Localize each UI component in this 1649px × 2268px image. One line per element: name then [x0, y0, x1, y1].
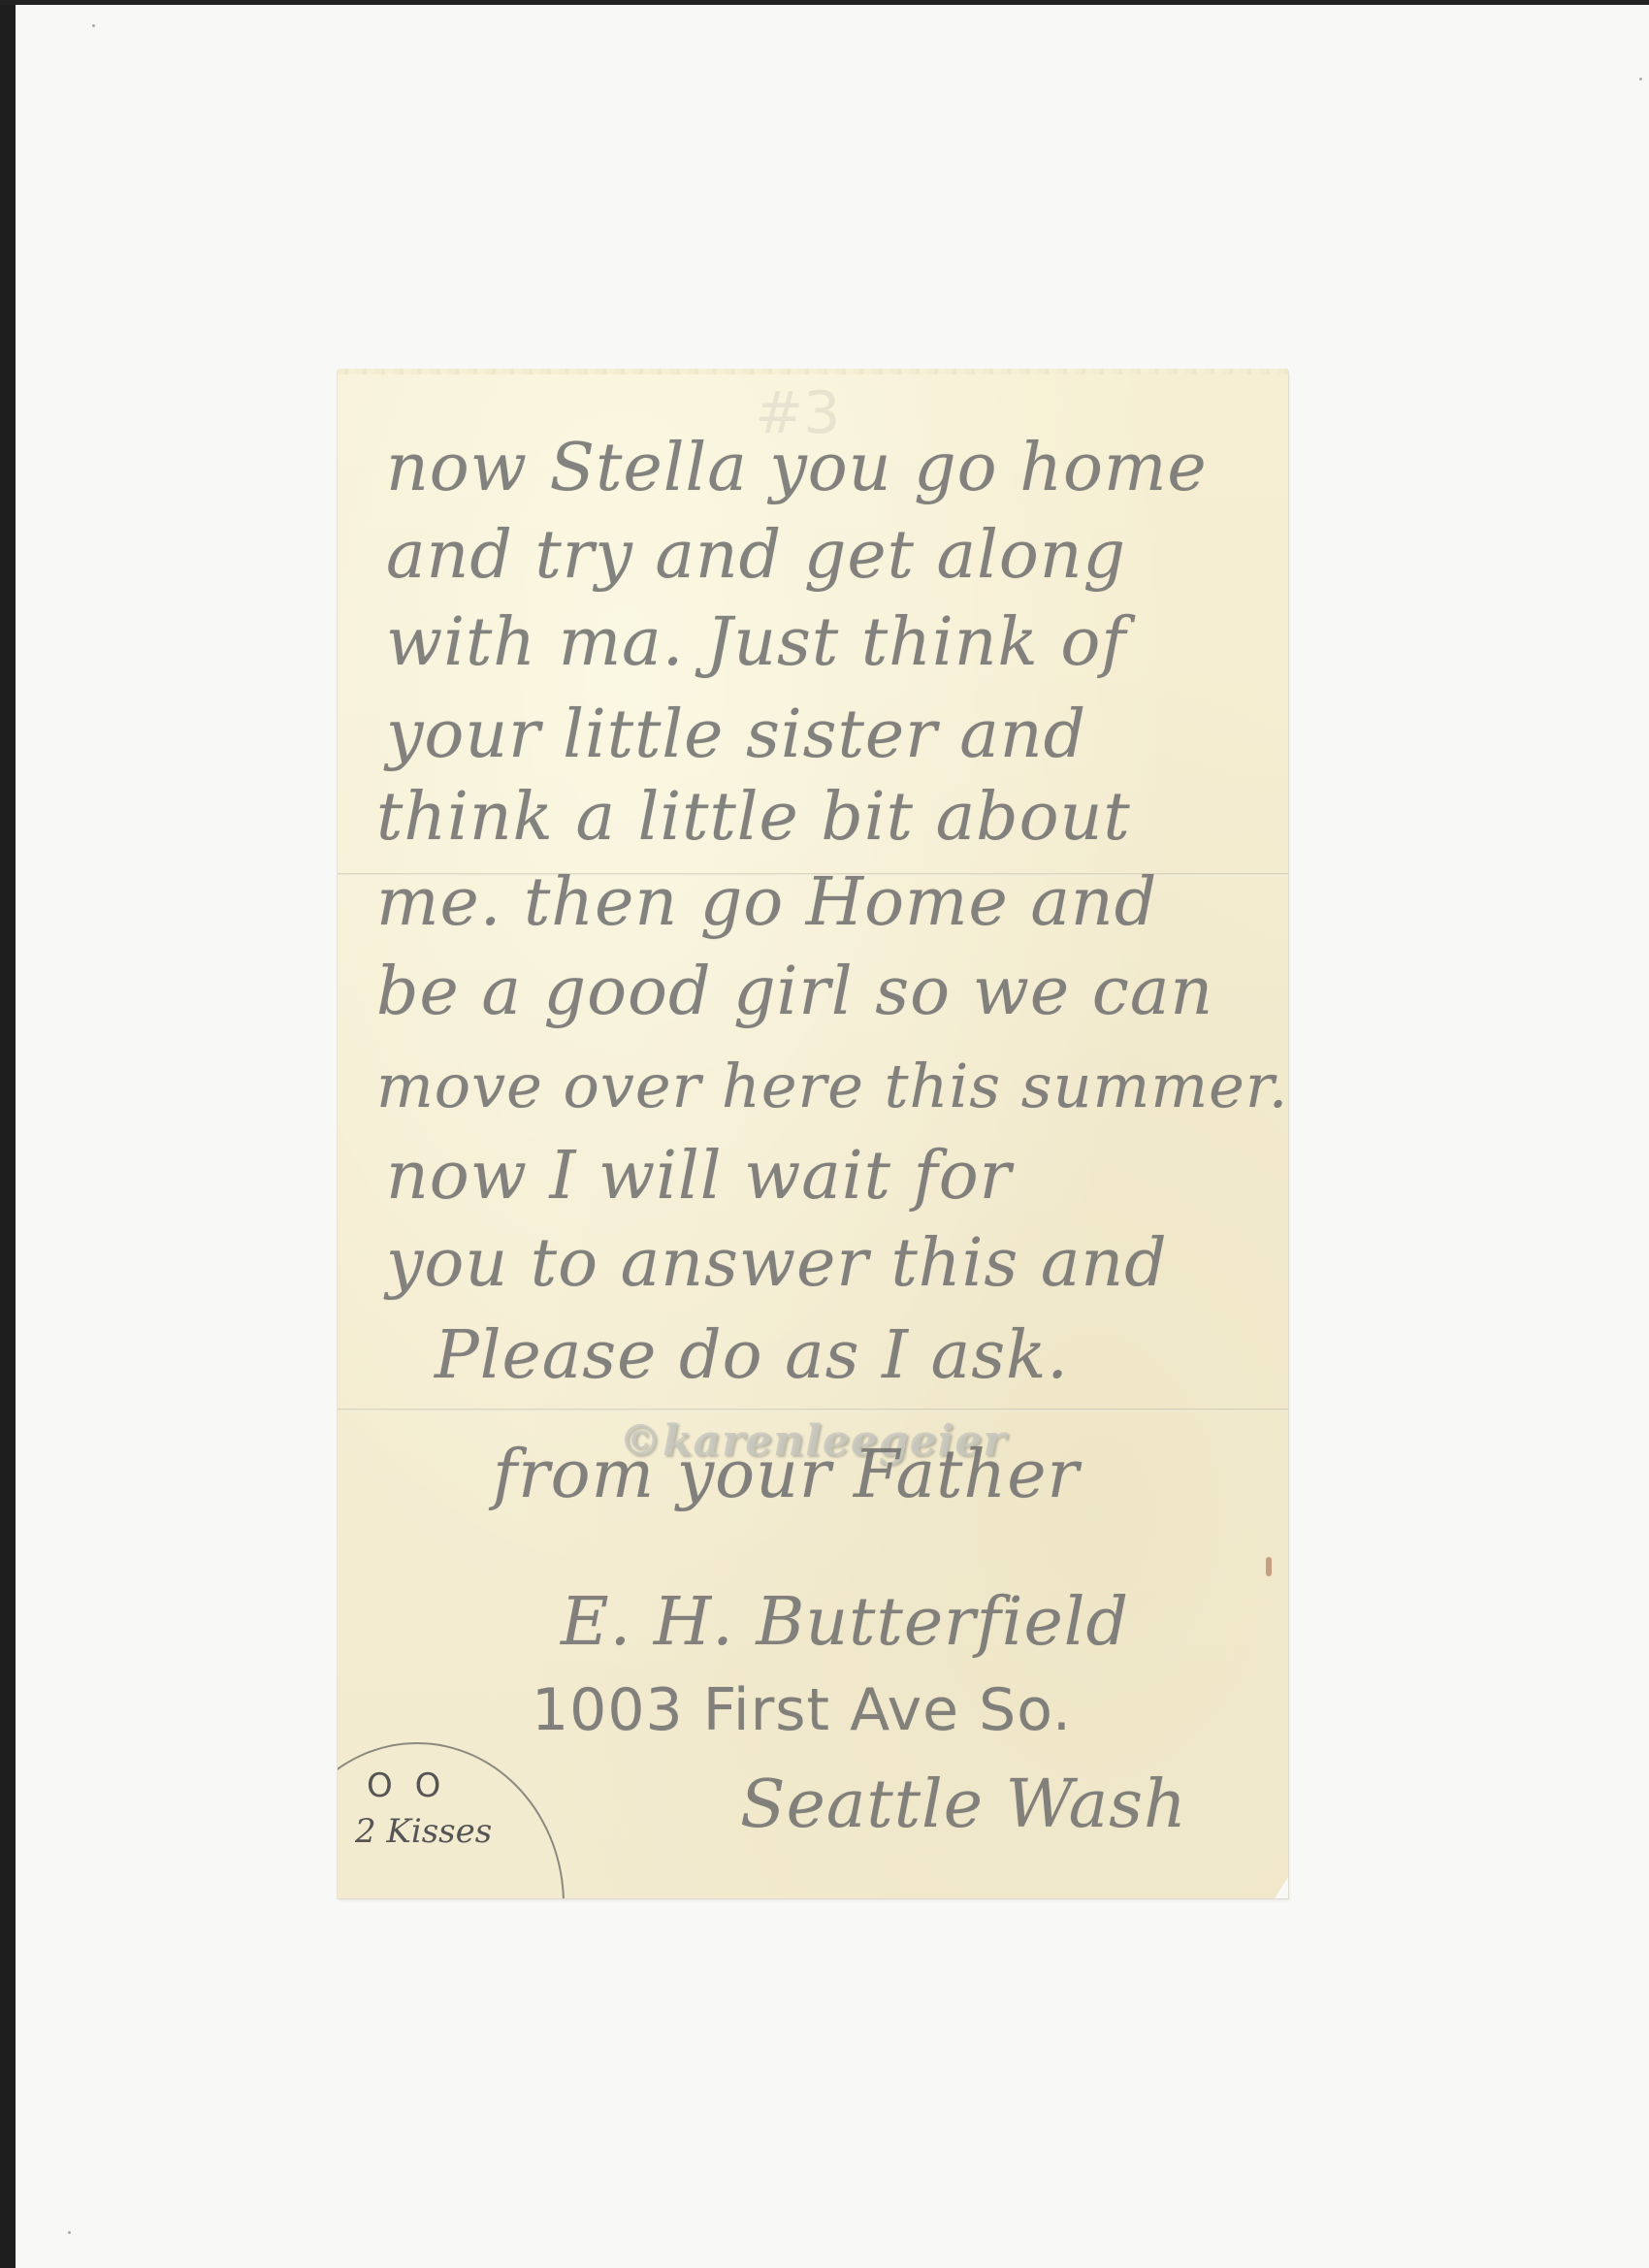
letter-line-3: with ma. Just think of — [386, 604, 1126, 681]
paper-stain — [1266, 1557, 1272, 1576]
letter-line-10: you to answer this and — [386, 1225, 1168, 1302]
letter-line-8: move over here this summer. — [376, 1051, 1288, 1121]
letter-line-2: and try and get along — [386, 517, 1126, 594]
letter-page: #3 now Stella you go home and try and ge… — [338, 372, 1288, 1898]
letter-line-5: think a little bit about — [376, 779, 1131, 856]
letter-line-4: your little sister and — [386, 697, 1086, 773]
kisses-symbols: O O — [367, 1766, 446, 1805]
scanner-edge-left — [0, 0, 16, 2268]
dust-speck — [1639, 78, 1642, 81]
letter-line-9: now I will wait for — [386, 1138, 1012, 1215]
fold-crease-lower — [338, 1409, 1288, 1411]
dust-speck — [68, 2231, 71, 2234]
scanner-edge-top — [0, 0, 1649, 5]
kisses-label: 2 Kisses — [355, 1812, 492, 1851]
paper-corner-tear — [1275, 1877, 1288, 1898]
letter-line-1: now Stella you go home — [386, 430, 1208, 506]
signature-address-line2: Seattle Wash — [740, 1766, 1187, 1843]
dust-speck — [92, 24, 95, 27]
letter-line-6: me. then go Home and — [376, 864, 1157, 941]
letter-line-7: be a good girl so we can — [376, 954, 1213, 1030]
signature-address-line1: 1003 First Ave So. — [532, 1676, 1072, 1744]
letter-line-11: Please do as I ask. — [435, 1317, 1069, 1394]
letter-closing: from your Father — [493, 1437, 1080, 1513]
signature-name: E. H. Butterfield — [561, 1584, 1129, 1661]
